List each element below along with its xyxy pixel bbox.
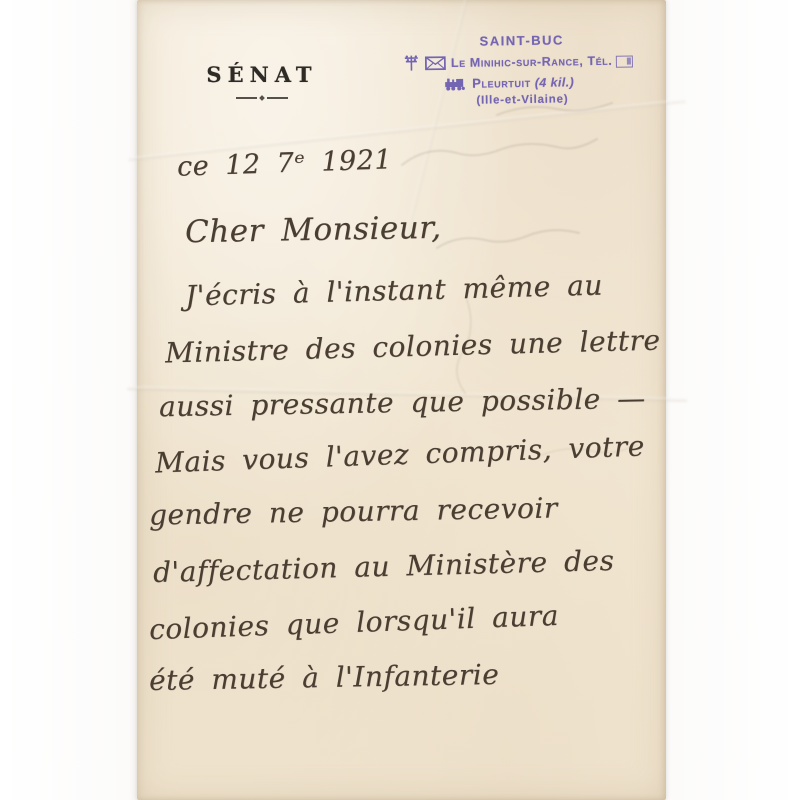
stamp-station-line: Pleurtuit (4 kil.) — [444, 73, 652, 91]
letter-body-line: J'écris à l'instant même au — [185, 269, 604, 313]
letter-body-line: colonies que lorsqu'il aura — [149, 599, 560, 646]
letterhead-divider — [236, 96, 288, 100]
diamond-ornament-icon — [259, 95, 265, 101]
letter-body-line: Mais vous l'avez compris, votre — [155, 429, 646, 479]
letterhead: SÉNAT — [182, 62, 342, 100]
envelope-icon — [425, 56, 446, 70]
senat-title: SÉNAT — [182, 62, 342, 87]
stamp-town: SAINT-BUC — [479, 31, 651, 48]
letter-body-line: Ministre des colonies une lettre — [165, 324, 661, 370]
stamp-department-label: (Ille-et-Vilaine) — [476, 92, 652, 106]
letter-body-line: aussi pressante que possible — — [159, 382, 646, 423]
stamp-village-label: Le Minihic-sur-Rance, Tél. — [451, 53, 613, 69]
letter-body-line: gendre ne pourra recevoir — [149, 491, 558, 531]
stamp-telegraph-line: Le Minihic-sur-Rance, Tél. — [404, 51, 652, 71]
stamp-distance-label: (4 kil.) — [535, 75, 575, 90]
telegraph-icon — [404, 54, 419, 71]
letter-paper: SÉNAT SAINT-BUC — [137, 0, 666, 800]
tel-number-box — [615, 55, 632, 67]
letter-date: ce 12 7ᵉ 1921 — [177, 144, 393, 182]
letter-body-line: d'affectation au Ministère des — [153, 544, 615, 589]
stamp-station-label: Pleurtuit — [472, 75, 531, 91]
train-icon — [444, 76, 466, 90]
letter-body-line: été muté à l'Infanterie — [149, 658, 500, 697]
address-stamp: SAINT-BUC — [400, 31, 653, 108]
letter-salutation: Cher Monsieur, — [185, 210, 442, 250]
